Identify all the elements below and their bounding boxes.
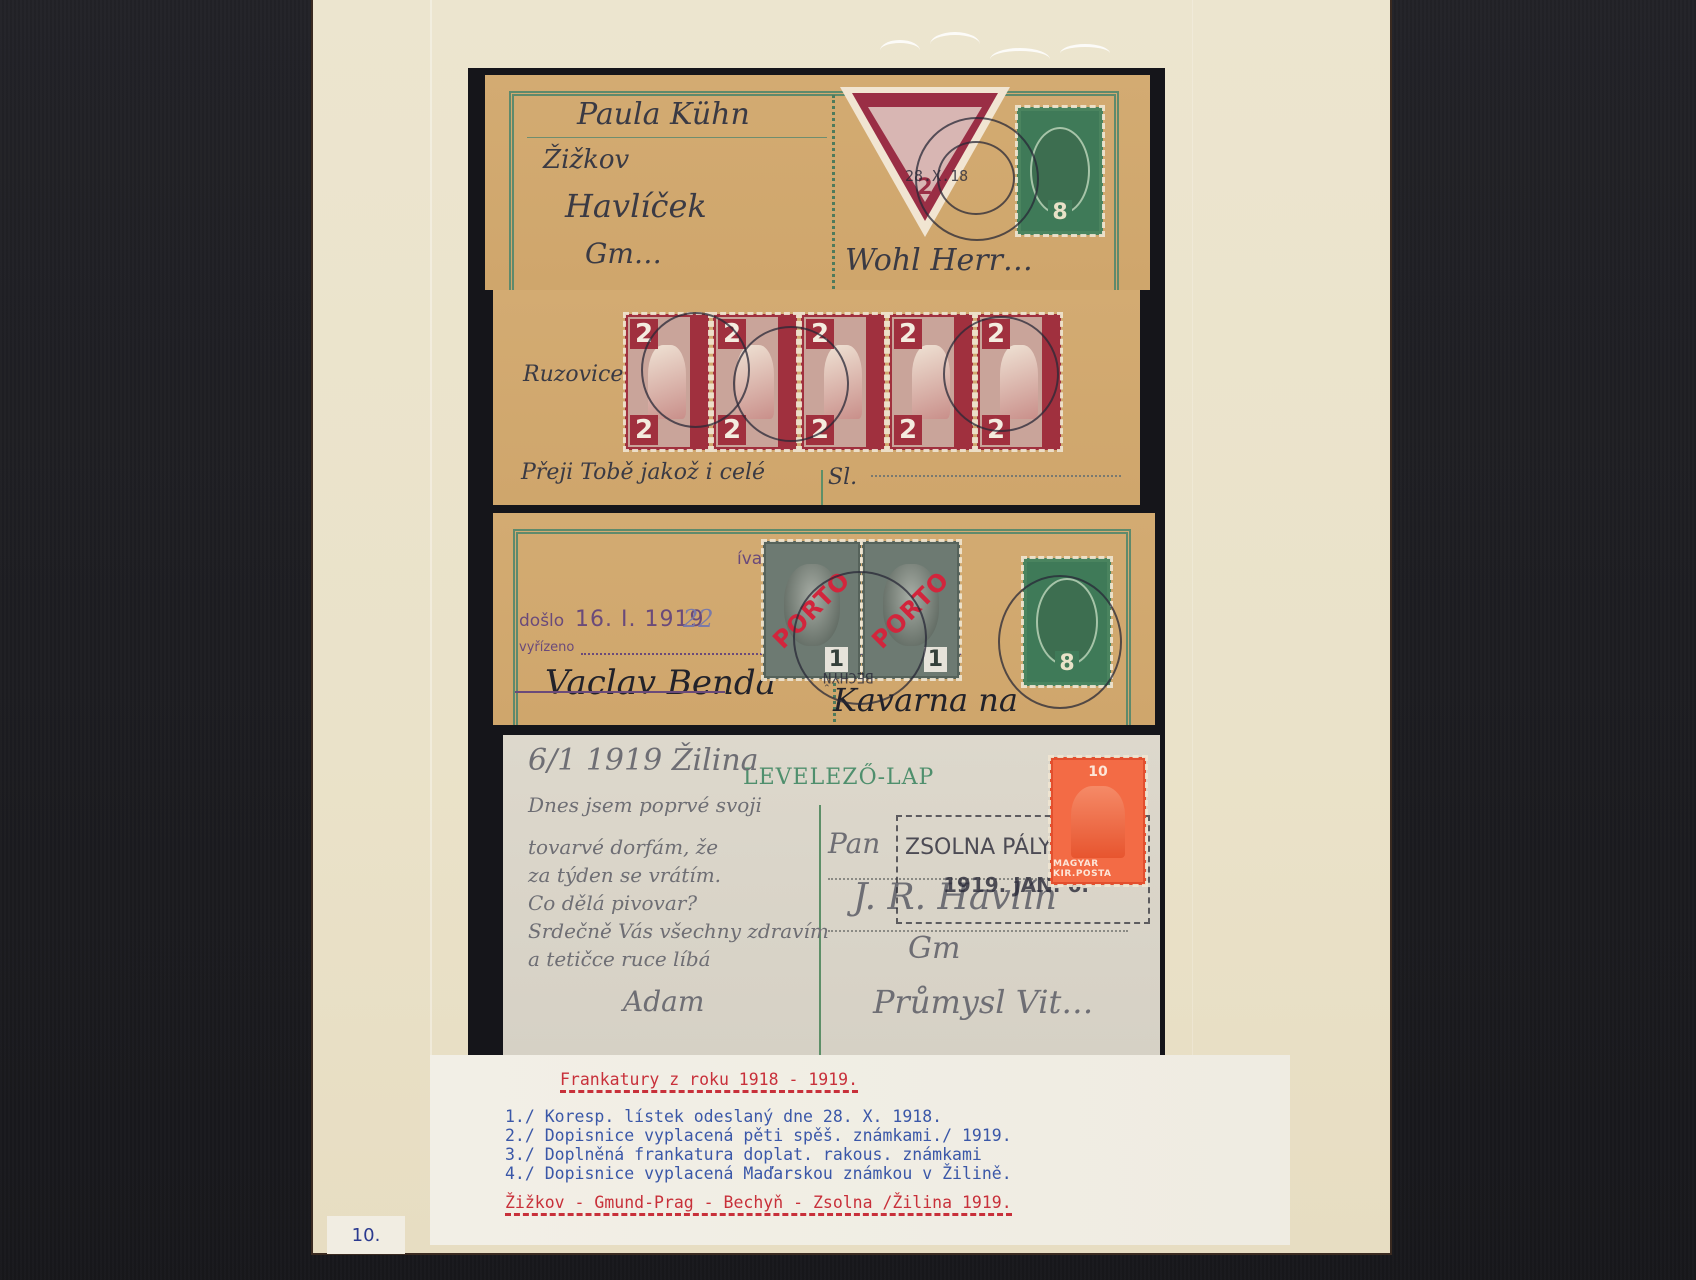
address-line (871, 475, 1121, 477)
handwriting-line: Sl. (828, 465, 857, 490)
postcard-4[interactable]: LEVELEZŐ-LAP 6/1 1919 ŽilinaDnes jsem po… (503, 735, 1160, 1055)
portrait-icon (1071, 786, 1125, 858)
receipt-stamp-prefix: došlo (519, 611, 564, 631)
sleeve-glare (880, 40, 920, 61)
postmark-text: BECHYŇ (823, 669, 874, 685)
stamp-value: 2 (894, 319, 922, 349)
stamp-inscription: MAGYAR KIR.POSTA (1053, 859, 1143, 879)
handwriting-line: Gm (908, 931, 960, 966)
label-item-2: 2./ Dopisnice vyplacená pěti spěš. známk… (505, 1126, 1012, 1145)
label-item-3: 3./ Doplněná frankatura doplat. rakous. … (505, 1145, 982, 1164)
sleeve-glare (990, 48, 1050, 71)
handwriting-signature: Adam (623, 985, 704, 1018)
receipt-stamp-line2: vyřízeno (519, 640, 574, 655)
stamp-value: 2 (894, 415, 922, 445)
label-title: Frankatury z roku 1918 - 1919. (560, 1070, 858, 1093)
address-line (527, 137, 827, 138)
handwriting-line: Gm… (585, 237, 662, 270)
sleeve-glare (930, 32, 980, 57)
handwriting-line: Pan (828, 827, 880, 860)
stamp-value: 1 (924, 647, 947, 672)
postcard-2[interactable]: Ruzovice 21/XII Přeji Tobě jakož i celé … (493, 290, 1140, 505)
label-item-1: 1./ Koresp. lístek odeslaný dne 28. X. 1… (505, 1107, 942, 1126)
receipt-note: 22 (683, 605, 714, 633)
handwriting-line: za týden se vrátím. (528, 863, 721, 887)
page-number-tag: 10. (327, 1216, 405, 1254)
postmark-circle (998, 575, 1122, 709)
postmark-circle (943, 316, 1059, 432)
card-divider (821, 470, 823, 505)
hungarian-stamp-10-filler: 10 MAGYAR KIR.POSTA (1050, 757, 1146, 885)
handwriting-line: Srdečně Vás všechny zdravím (528, 919, 829, 943)
handwriting-line: Průmysl Vit… (873, 983, 1093, 1021)
handwriting-line: Co dělá pivovar? (528, 891, 697, 915)
sleeve-glare (1060, 44, 1110, 63)
card-divider (832, 95, 835, 290)
handwriting-line: Havlíček (565, 187, 707, 225)
handwriting-signature: Vaclav Benda (545, 663, 776, 703)
handwriting-line: Přeji Tobě jakož i celé (521, 460, 765, 485)
handwriting-line: Dnes jsem poprvé svoji (528, 793, 762, 817)
stamp-inscription-band (866, 317, 882, 447)
address-line (828, 930, 1128, 932)
postmark-circle (733, 326, 849, 442)
handwriting-line: tovarvé dorfám, že (528, 835, 718, 859)
stamp-value: 2 (630, 415, 658, 445)
card-header: LEVELEZŐ-LAP (743, 765, 934, 790)
handwriting-line: a tetičce ruce líbá (528, 947, 711, 971)
postmark-date: 28.X.18 (905, 167, 968, 185)
handwriting-line: Žižkov (543, 145, 629, 175)
stamp-value: 10 (1088, 764, 1107, 780)
postcard-3[interactable]: ívanu došlo 16. I. 1919 22 vyřízeno Vacl… (493, 513, 1155, 725)
description-label: Frankatury z roku 1918 - 1919. 1./ Kores… (430, 1055, 1290, 1245)
label-footer: Žižkov - Gmund-Prag - Bechyň - Zsolna /Ž… (505, 1193, 1012, 1216)
handwriting-line: Wohl Herr… (845, 243, 1033, 278)
strike-line (515, 691, 725, 693)
stamp-value: 8 (1048, 200, 1071, 225)
label-item-4: 4./ Dopisnice vyplacená Maďarskou známko… (505, 1164, 1012, 1183)
handwriting-line: Paula Kühn (577, 97, 750, 132)
postcard-1[interactable]: Paula Kühn Žižkov Havlíček Gm… Wohl Herr… (485, 75, 1150, 290)
handwriting-line: 6/1 1919 Žilina (528, 743, 759, 778)
